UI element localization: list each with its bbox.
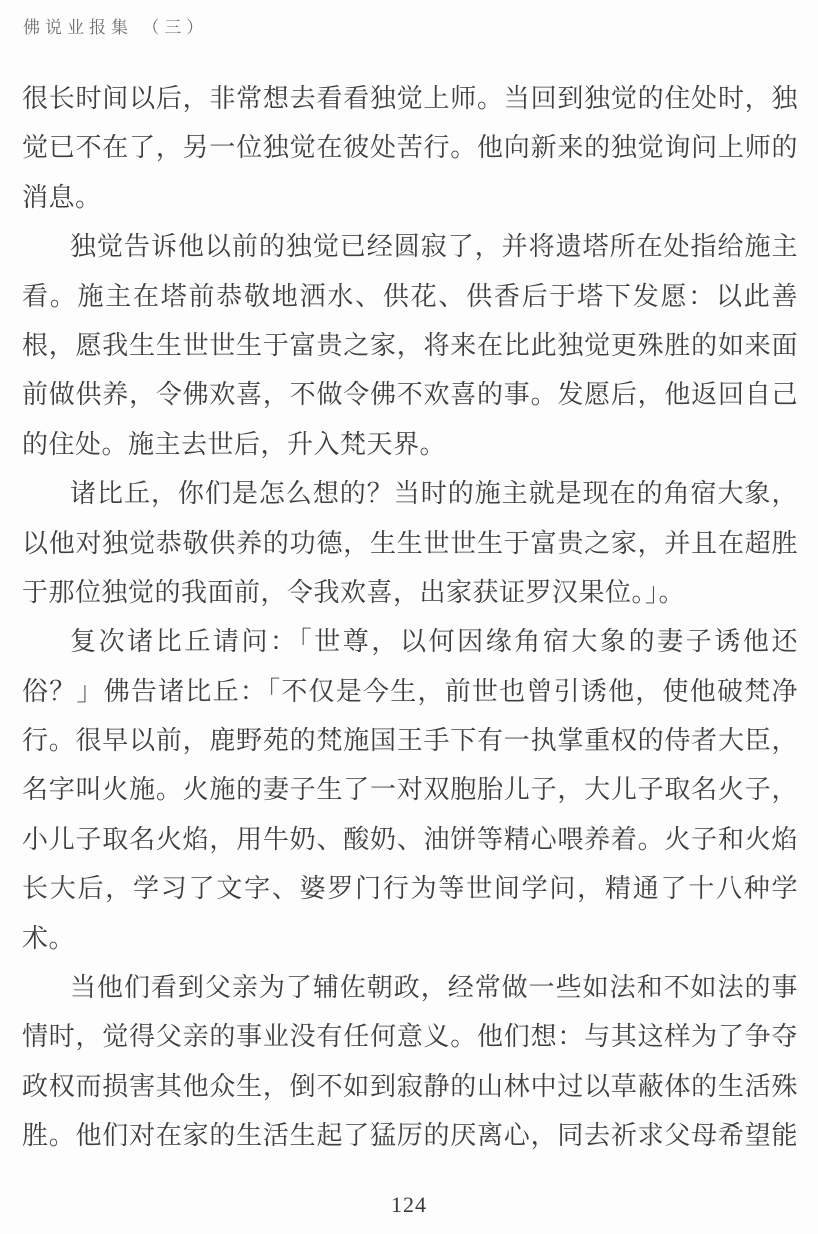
text-line: 小儿子取名火焰，用牛奶、酸奶、油饼等精心喂养着。火子和火焰 [22, 815, 798, 864]
text-line: 独觉告诉他以前的独觉已经圆寂了，并将遗塔所在处指给施主 [22, 222, 798, 271]
text-line: 以他对独觉恭敬供养的功德，生生世世生于富贵之家，并且在超胜 [22, 519, 798, 568]
text-line: 消息。 [22, 173, 798, 222]
text-line: 的住处。施主去世后，升入梵天界。 [22, 420, 798, 469]
text-line: 政权而损害其他众生，倒不如到寂静的山林中过以草蔽体的生活殊 [22, 1062, 798, 1111]
text-line: 胜。他们对在家的生活生起了猛厉的厌离心，同去祈求父母希望能 [22, 1111, 798, 1160]
text-line: 行。很早以前，鹿野苑的梵施国王手下有一执掌重权的侍者大臣， [22, 716, 798, 765]
text-line: 长大后，学习了文字、婆罗门行为等世间学问，精通了十八种学 [22, 864, 798, 913]
text-line: 看。施主在塔前恭敬地洒水、供花、供香后于塔下发愿：以此善 [22, 272, 798, 321]
page-number: 124 [0, 1192, 818, 1218]
book-page: 佛说业报集 （三） 很长时间以后，非常想去看看独觉上师。当回到独觉的住处时，独 … [0, 0, 818, 1234]
text-line: 于那位独觉的我面前，令我欢喜，出家获证罗汉果位。」。 [22, 568, 798, 617]
text-line: 根，愿我生生世世生于富贵之家，将来在比此独觉更殊胜的如来面 [22, 321, 798, 370]
running-header: 佛说业报集 （三） [23, 13, 208, 38]
text-line: 觉已不在了，另一位独觉在彼处苦行。他向新来的独觉询问上师的 [22, 123, 798, 172]
text-line: 很长时间以后，非常想去看看独觉上师。当回到独觉的住处时，独 [22, 74, 798, 123]
text-block: 很长时间以后，非常想去看看独觉上师。当回到独觉的住处时，独 觉已不在了，另一位独… [22, 74, 798, 1161]
text-line: 情时，觉得父亲的事业没有任何意义。他们想：与其这样为了争夺 [22, 1012, 798, 1061]
text-line: 复次诸比丘请问：「世尊，以何因缘角宿大象的妻子诱他还 [22, 617, 798, 666]
text-line: 前做供养，令佛欢喜，不做令佛不欢喜的事。发愿后，他返回自己 [22, 370, 798, 419]
text-line: 名字叫火施。火施的妻子生了一对双胞胎儿子，大儿子取名火子， [22, 765, 798, 814]
text-line: 诸比丘，你们是怎么想的？当时的施主就是现在的角宿大象， [22, 469, 798, 518]
text-line: 术。 [22, 914, 798, 963]
text-line: 俗？」佛告诸比丘：「不仅是今生，前世也曾引诱他，使他破梵净 [22, 667, 798, 716]
text-line: 当他们看到父亲为了辅佐朝政，经常做一些如法和不如法的事 [22, 963, 798, 1012]
